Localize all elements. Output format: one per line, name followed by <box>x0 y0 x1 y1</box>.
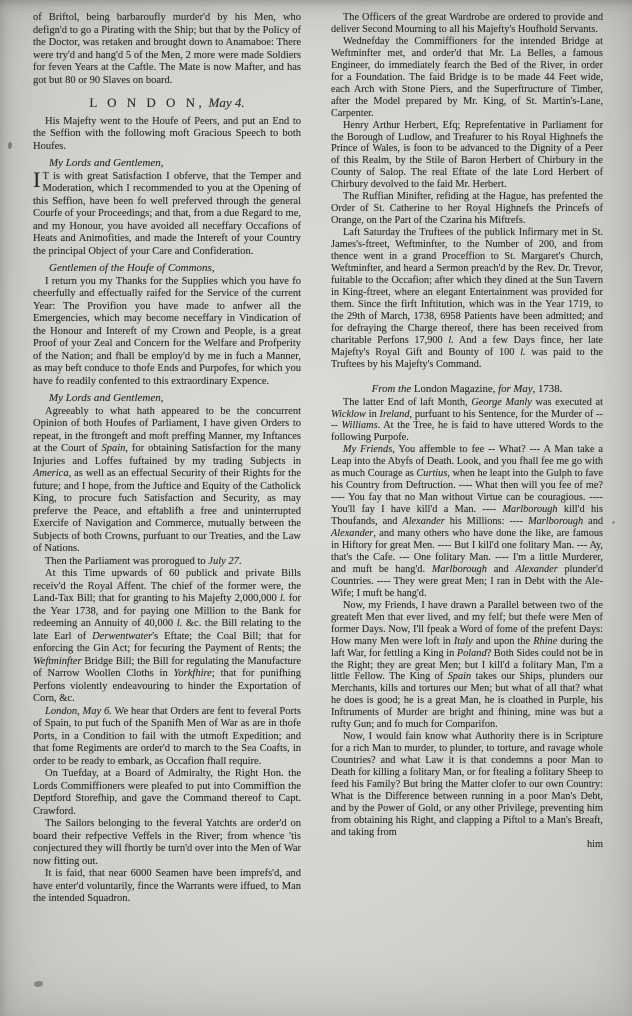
right-column: The Officers of the great Wardrobe are o… <box>331 12 603 851</box>
subheading-my-lords-and-gentlemen-1: My Lords and Gentlemen, <box>33 157 301 170</box>
paragraph-london-may6-orders: London, May 6. We hear that Orders are f… <box>33 706 301 769</box>
text-run: The Officers of the great Wardrobe are o… <box>331 12 603 35</box>
paragraph-kings-speech-opening: IT is with great Satisfaction I obferve,… <box>33 171 301 259</box>
text-run: and <box>487 564 515 575</box>
text-run: My Lords and Gentlemen, <box>49 157 163 169</box>
text-run: The latter End of laft Month, <box>343 397 471 408</box>
text-run: It is faid, that near 6000 Seamen have b… <box>33 868 301 904</box>
text-run: London, May 6. <box>45 706 112 717</box>
text-run: My Friends <box>343 444 392 455</box>
text-run: Spain <box>101 443 125 454</box>
text-run: , 1738. <box>533 383 563 395</box>
text-run: George Manly <box>471 397 532 408</box>
paragraph-seamen-impressed: It is faid, that near 6000 Seamen have b… <box>33 868 301 906</box>
text-run: Poland <box>457 648 487 659</box>
paragraph-manly-speech-comparison: My Friends, You affemble to fee -- What?… <box>331 444 603 599</box>
text-run: At this Time upwards of 60 publick and p… <box>33 568 301 604</box>
text-run: His Majefty went to the Houfe of Peers, … <box>33 116 301 152</box>
text-run: Italy <box>454 636 473 647</box>
text-run: Williams <box>342 420 378 431</box>
paragraph-bristol-pirates: of Briftol, being barbaroufly murder'd b… <box>33 12 301 87</box>
text-run: Weftminfter <box>33 656 82 667</box>
subheading-my-lords-and-gentlemen-2: My Lords and Gentlemen, <box>33 392 301 405</box>
text-run: Curtius <box>416 468 447 479</box>
text-run: L O N D O N, <box>89 95 205 110</box>
text-run: Marlborough <box>502 504 557 515</box>
text-run: Wicklow <box>331 409 366 420</box>
paragraph-manly-parallel-great-men: Now, my Friends, I have drawn a Parallel… <box>331 600 603 731</box>
paragraph-herbert-peerage: Henry Arthur Herbert, Efq; Reprefentativ… <box>331 120 603 192</box>
text-run: Derwentwater <box>92 631 152 642</box>
text-run: Spain <box>448 671 471 682</box>
text-run: From the <box>372 383 414 395</box>
paragraph-george-manly-executed: The latter End of laft Month, George Man… <box>331 397 603 445</box>
text-run: July 27 <box>208 556 239 567</box>
paragraph-infirmary-trustees: Laft Saturday the Truftees of the public… <box>331 227 603 370</box>
paragraph-manly-scripture-authority: Now, I would fain know what Authority th… <box>331 731 603 839</box>
paragraph-westminster-bridge: Wednefday the Commiffioners for the inte… <box>331 36 603 120</box>
text-run: Alexander <box>402 516 444 527</box>
text-run: for May <box>498 383 532 395</box>
heading-london-magazine-may-1738: From the London Magazine, for May, 1738. <box>331 384 603 396</box>
text-run: The Ruffian Minifter, refiding at the Ha… <box>331 191 603 226</box>
dateline-london-may4: L O N D O N, May 4. <box>33 97 301 110</box>
text-run: of Briftol, being barbaroufly murder'd b… <box>33 12 301 86</box>
paragraph-spain-satisfaction: Agreeably to what hath appeared to be th… <box>33 406 301 556</box>
text-run: and upon the <box>473 636 534 647</box>
text-run: his Millions: ---- <box>445 516 528 527</box>
text-run: I <box>33 171 41 190</box>
text-run: Alexander <box>515 564 557 575</box>
text-run: Gentlemen of the Houfe of Commons, <box>49 262 215 274</box>
text-run: Marlborough <box>528 516 583 527</box>
text-run: The Sailors belonging to the feveral Yat… <box>33 818 301 867</box>
text-run: Ireland <box>380 409 410 420</box>
text-run: On Tuefday, at a Board of Admiralty, the… <box>33 768 301 817</box>
text-run: Now, I would fain know what Authority th… <box>331 731 603 838</box>
text-run: Rhine <box>533 636 557 647</box>
subheading-gentlemen-house-of-commons: Gentlemen of the Houfe of Commons, <box>33 262 301 275</box>
text-run: My Lords and Gentlemen, <box>49 392 163 404</box>
text-run: May 4. <box>209 95 245 110</box>
text-run: , as well as an effectual Security of th… <box>33 468 301 554</box>
text-run: Yorkfhire <box>174 668 212 679</box>
text-run: London Magazine, <box>414 383 498 395</box>
text-run: America <box>33 468 69 479</box>
text-run: . <box>239 556 242 567</box>
paragraph-bills-royal-assent: At this Time upwards of 60 publick and p… <box>33 568 301 706</box>
paragraph-sailors-yachts: The Sailors belonging to the feveral Yat… <box>33 818 301 868</box>
paragraph-board-of-admiralty: On Tuefday, at a Board of Admiralty, the… <box>33 768 301 818</box>
left-column: of Briftol, being barbaroufly murder'd b… <box>33 12 301 906</box>
text-run: Henry Arthur Herbert, Efq; Reprefentativ… <box>331 120 603 191</box>
text-run: Alexander <box>331 528 373 539</box>
catchword: him <box>331 839 603 851</box>
text-run: Then the Parliament was prorogued to <box>45 556 208 567</box>
text-run: T is with great Satisfaction I obferve, … <box>33 171 301 257</box>
paragraph-majesty-house-of-peers: His Majefty went to the Houfe of Peers, … <box>33 116 301 154</box>
text-run: Wednefday the Commiffioners for the inte… <box>331 36 603 119</box>
text-run: and <box>583 516 603 527</box>
paragraph-parliament-prorogued: Then the Parliament was prorogued to Jul… <box>33 556 301 569</box>
paragraph-russian-minister: The Ruffian Minifter, refiding at the Ha… <box>331 191 603 227</box>
text-run: in <box>366 409 380 420</box>
paragraph-wardrobe-mourning: The Officers of the great Wardrobe are o… <box>331 12 603 36</box>
text-run: I return you my Thanks for the Supplies … <box>33 276 301 387</box>
text-run: Laft Saturday the Truftees of the public… <box>331 227 603 346</box>
text-run: was executed at <box>532 397 603 408</box>
paragraph-thanks-for-supplies: I return you my Thanks for the Supplies … <box>33 276 301 389</box>
text-run: Marlborough <box>432 564 487 575</box>
